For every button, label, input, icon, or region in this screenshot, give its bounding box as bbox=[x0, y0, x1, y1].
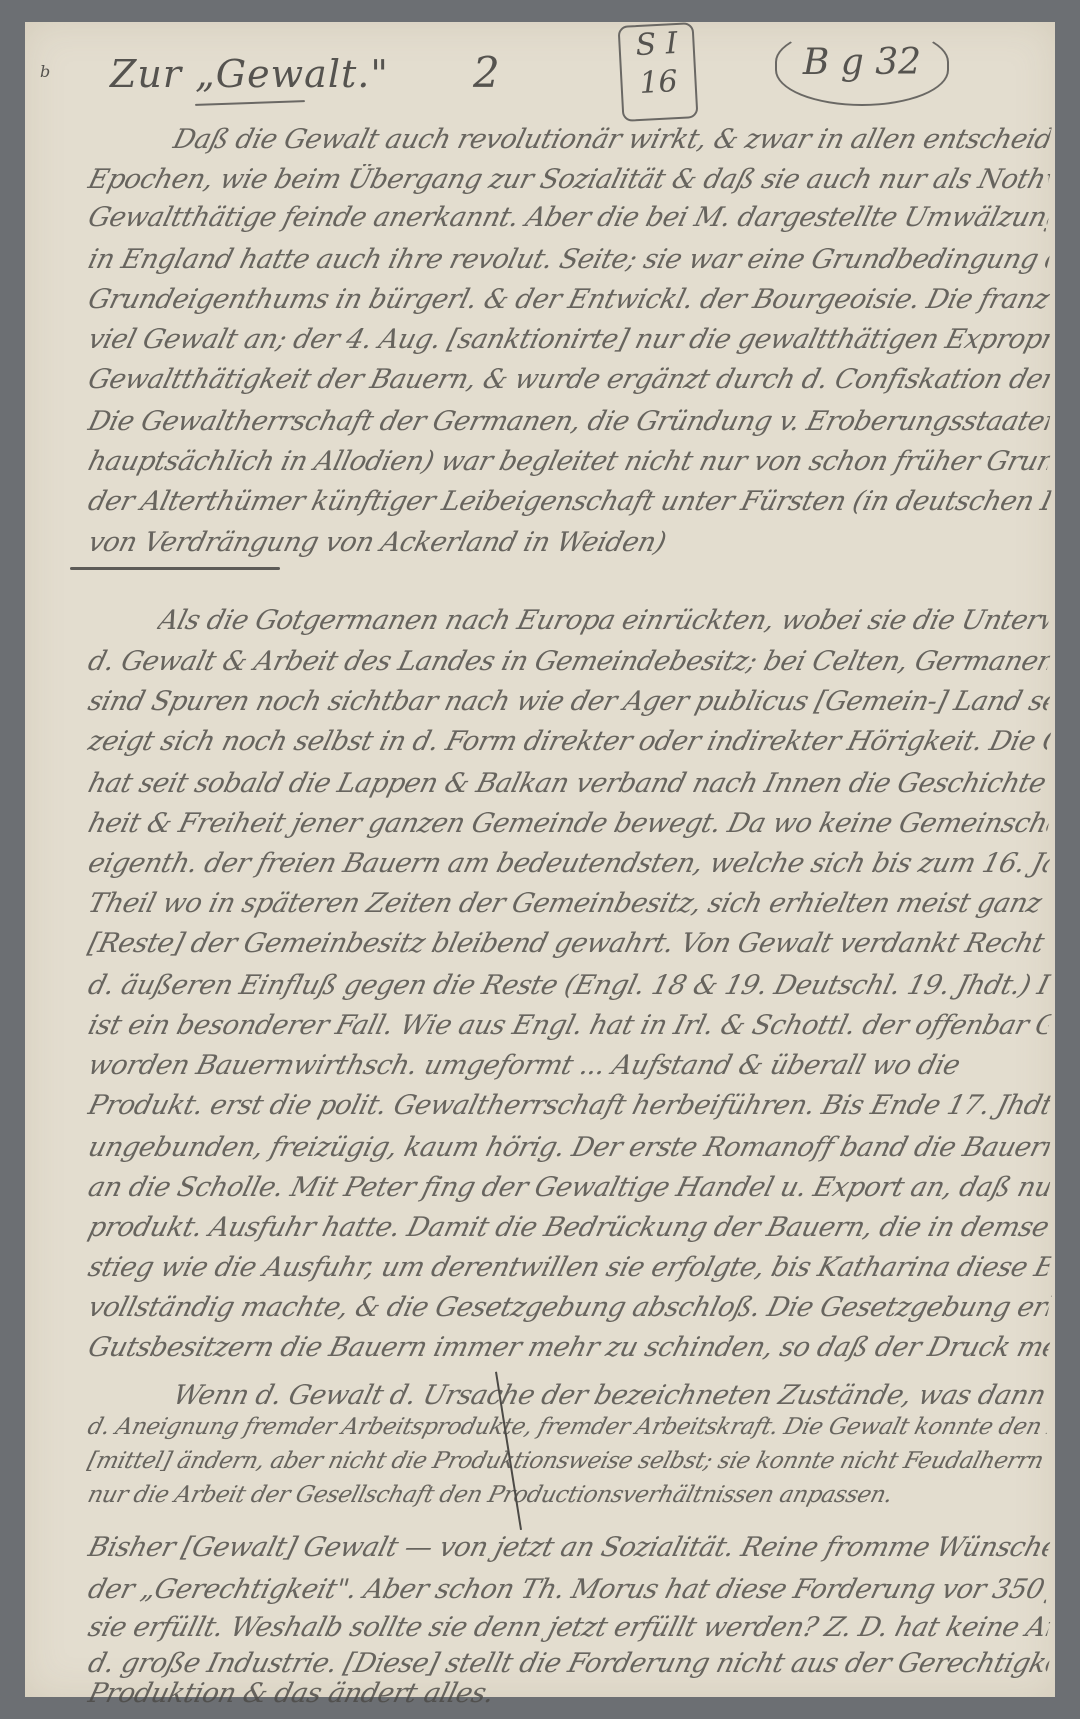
text-line: viel Gewalt an; der 4. Aug. [sanktionirt… bbox=[85, 324, 1053, 355]
text-line: Grundeigenthums in bürgerl. & der Entwic… bbox=[85, 284, 1053, 315]
page-marker: b bbox=[40, 62, 50, 81]
sheet-number: 2 bbox=[473, 48, 500, 97]
text-line: Epochen, wie beim Übergang zur Sozialitä… bbox=[85, 164, 1053, 195]
text-line: hauptsächlich in Allodien) war begleitet… bbox=[85, 446, 1053, 477]
text-line: heit & Freiheit jener ganzen Gemeinde be… bbox=[85, 808, 1053, 839]
text-line: zeigt sich noch selbst in d. Form direkt… bbox=[85, 726, 1053, 757]
text-line: Produktion & das ändert alles. bbox=[85, 1678, 1053, 1709]
archive-circled-mark-text: B g 32 bbox=[803, 42, 921, 83]
text-line: ist ein besonderer Fall. Wie aus Engl. h… bbox=[85, 1010, 1053, 1041]
title-underline bbox=[195, 100, 305, 106]
manuscript-page: b Zur „Gewalt." 2 S I 16 B g 32 Daß die … bbox=[25, 22, 1055, 1697]
text-line: Gutsbesitzern die Bauern immer mehr zu s… bbox=[85, 1332, 1053, 1363]
archive-box-mark: S I 16 bbox=[618, 22, 699, 122]
text-line: Produkt. erst die polit. Gewaltherrschaf… bbox=[85, 1090, 1053, 1121]
text-line: Bisher [Gewalt] Gewalt — von jetzt an So… bbox=[85, 1532, 1053, 1563]
text-line: d. Aneignung fremder Arbeitsprodukte, fr… bbox=[85, 1414, 1051, 1440]
text-line: d. Gewalt & Arbeit des Landes in Gemeind… bbox=[85, 646, 1053, 677]
text-line: nur die Arbeit der Gesellschaft den Prod… bbox=[85, 1482, 1051, 1508]
text-line: Die Gewaltherrschaft der Germanen, die G… bbox=[85, 406, 1053, 437]
text-line: hat seit sobald die Lappen & Balkan verb… bbox=[85, 768, 1053, 799]
text-line: Gewaltthätigkeit der Bauern, & wurde erg… bbox=[85, 364, 1053, 395]
page-title: Zur „Gewalt." bbox=[110, 52, 389, 96]
text-line: [Reste] der Gemeinbesitz bleibend gewahr… bbox=[85, 928, 1053, 959]
text-line: d. große Industrie. [Diese] stellt die F… bbox=[85, 1648, 1053, 1679]
archive-circled-mark: B g 32 bbox=[775, 26, 949, 106]
text-line: der Alterthümer künftiger Leibeigenschaf… bbox=[85, 486, 1053, 517]
section-separator bbox=[70, 567, 280, 570]
text-line: stieg wie die Ausfuhr, um derentwillen s… bbox=[85, 1252, 1053, 1283]
text-line: der „Gerechtigkeit". Aber schon Th. Moru… bbox=[85, 1574, 1053, 1605]
text-line: ungebunden, freizügig, kaum hörig. Der e… bbox=[85, 1132, 1053, 1163]
text-line: [mittel] ändern, aber nicht die Produkti… bbox=[85, 1448, 1051, 1474]
text-line: in England hatte auch ihre revolut. Seit… bbox=[85, 244, 1053, 275]
text-line: an die Scholle. Mit Peter fing der Gewal… bbox=[85, 1172, 1053, 1203]
text-line: produkt. Ausfuhr hatte. Damit die Bedrüc… bbox=[85, 1212, 1053, 1243]
text-line: vollständig machte, & die Gesetzgebung a… bbox=[85, 1292, 1053, 1323]
text-line: worden Bauernwirthsch. umgeformt ... Auf… bbox=[85, 1050, 1053, 1081]
text-line: sind Spuren noch sichtbar nach wie der A… bbox=[85, 686, 1053, 717]
text-line: Theil wo in späteren Zeiten der Gemeinbe… bbox=[85, 888, 1053, 919]
archive-box-mark-top: S I bbox=[620, 24, 694, 66]
text-line: Gewaltthätige feinde anerkannt. Aber die… bbox=[85, 202, 1053, 233]
text-line: d. äußeren Einfluß gegen die Reste (Engl… bbox=[85, 970, 1053, 1001]
text-line: von Verdrängung von Ackerland in Weiden) bbox=[85, 527, 1053, 558]
text-line: eigenth. der freien Bauern am bedeutends… bbox=[85, 848, 1053, 879]
text-line: Daß die Gewalt auch revolutionär wirkt, … bbox=[170, 124, 1053, 155]
text-line: Wenn d. Gewalt d. Ursache der bezeichnet… bbox=[170, 1380, 1053, 1411]
text-line: sie erfüllt. Weshalb sollte sie denn jet… bbox=[85, 1612, 1053, 1643]
text-line: Als die Gotgermanen nach Europa einrückt… bbox=[155, 605, 1053, 636]
archive-box-mark-bottom: 16 bbox=[622, 62, 696, 104]
